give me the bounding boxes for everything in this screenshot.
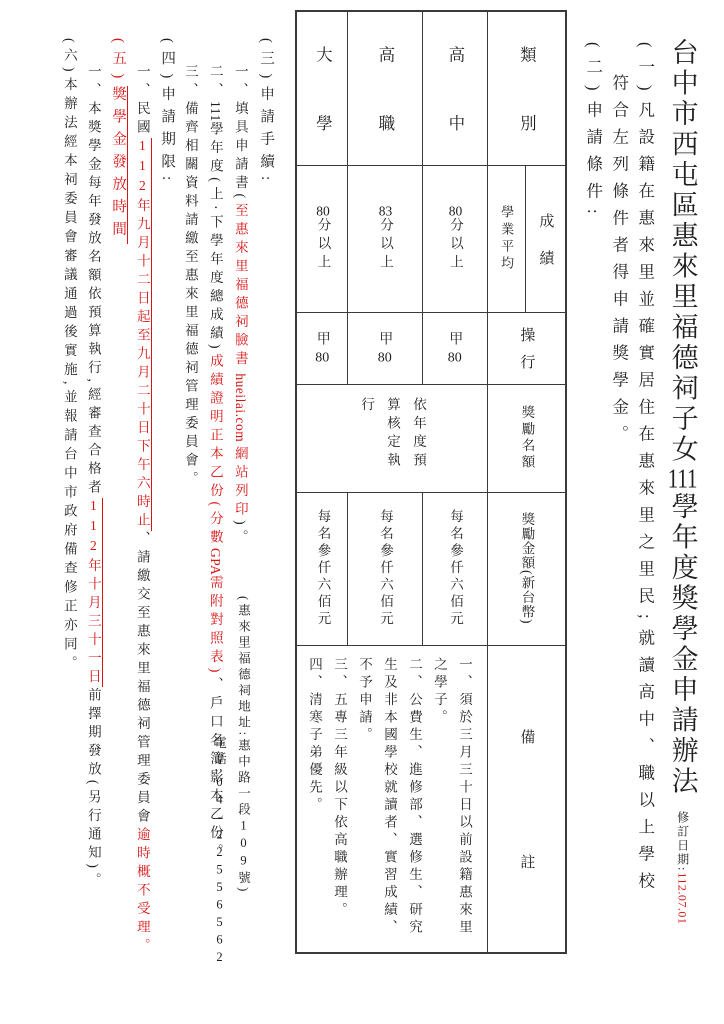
row-vocational-amount: 每名參仟六佰元	[347, 492, 422, 645]
row-highschool-category: 高中	[422, 12, 487, 165]
note-item: 一、須於三月三十日以前設籍惠來里之學子。	[427, 657, 477, 940]
section-2-header: (二)申請條件:	[582, 42, 604, 224]
section-3-item-3: 三、備齊相關資料請繳至惠來里福德祠管理委員會。	[181, 64, 199, 490]
revision-date: 修訂日期:112.07.01	[676, 811, 690, 924]
section-4-item-1: 一、民國112年九月十二日起至九月二十日下午六時止、請繳交至惠來里福德祠管理委員…	[133, 64, 151, 957]
row-university-amount: 每名參仟六佰元	[297, 492, 347, 645]
row-highschool-grade: 80分以上	[422, 165, 487, 312]
notes-merged-cell: 一、須於三月三十日以前設籍惠來里之學子。 二、公費生、進修部、選修生、研究生及非…	[297, 645, 487, 952]
doc-title-text: 台中市西屯區惠來里福德祠子女111學年度獎學金申請辦法	[668, 38, 698, 797]
note-item: 三、五專三年級以下依高職辦理。	[327, 657, 352, 940]
section-5-header: (五)獎學金發放時間	[108, 38, 127, 244]
scholarship-document-page: 台中市西屯區惠來里福德祠子女111學年度獎學金申請辦法修訂日期:112.07.0…	[0, 0, 724, 1024]
row-university-conduct: 甲80	[297, 312, 347, 384]
section-3-header: (三)申請手續:	[256, 38, 275, 188]
doc-title: 台中市西屯區惠來里福德祠子女111學年度獎學金申請辦法修訂日期:112.07.0…	[664, 38, 700, 924]
row-vocational-category: 高職	[347, 12, 422, 165]
header-amount: 獎勵金額(新台幣)	[487, 492, 565, 645]
notes-list: 一、須於三月三十日以前設籍惠來里之學子。 二、公費生、進修部、選修生、研究生及非…	[302, 657, 477, 940]
note-item: 二、公費生、進修部、選修生、研究生及非本國學校就讀者、實習成績、不予申請。	[352, 657, 427, 940]
header-grade: 成績	[525, 165, 565, 312]
temple-address-note: (惠來里福德祠地址:惠中路一段109號)	[235, 596, 252, 895]
row-university-category: 大學	[297, 12, 347, 165]
row-vocational-grade: 83分以上	[347, 165, 422, 312]
row-highschool-conduct: 甲80	[422, 312, 487, 384]
header-note: 備註	[487, 645, 565, 952]
row-university-grade: 80分以上	[297, 165, 347, 312]
quota-merged-cell: 依年度預算核定執行	[297, 384, 487, 492]
criteria-table: 類別 成績 學業平均 操行 獎勵名額 獎勵金額(新台幣) 備註 高中 高職 大學	[295, 10, 567, 954]
header-category: 類別	[487, 12, 565, 165]
temple-phone-note: 電話:04-22556562	[211, 736, 228, 967]
row-highschool-amount: 每名參仟六佰元	[422, 492, 487, 645]
header-grade-sub: 學業平均	[487, 165, 525, 312]
section-5-item-1: 一、本獎學金每年發放名額依預算執行,經審查合格者112年十月三十一日前擇期發放(…	[84, 64, 102, 891]
section-4-header: (四)申請期限:	[157, 38, 176, 188]
section-6-body: (六)本辦法經本祠委員會審議通過後實施,並報請台中市政府備查修正亦同。	[60, 38, 78, 675]
note-item: 四、清寒子弟優先。	[302, 657, 327, 940]
row-vocational-conduct: 甲80	[347, 312, 422, 384]
section-1-line-1: (一)凡設籍在惠來里並確實居住在惠來里之里民;就讀高中、職以上學校	[634, 42, 656, 899]
header-quota: 獎勵名額	[487, 384, 565, 492]
section-1-line-2: 符合左列條件者得申請獎學金。	[608, 74, 630, 452]
section-3-item-1: 一、填具申請書(至惠來里福德祠臉書 hueilai.com 網站列印)。	[231, 64, 249, 548]
header-conduct: 操行	[487, 312, 565, 384]
